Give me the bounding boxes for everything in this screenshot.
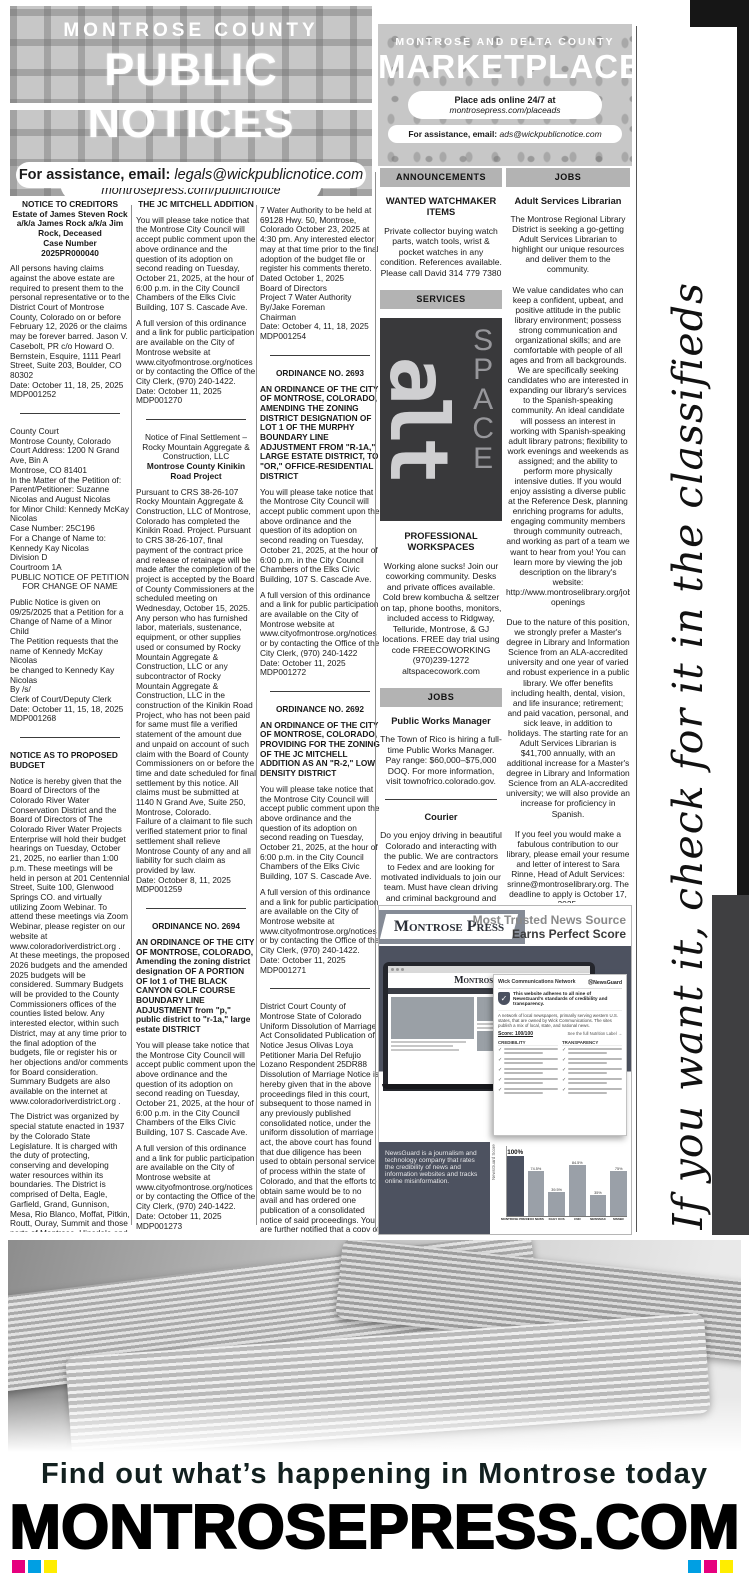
notice-text: ORDINANCE NO. 2692 (260, 705, 380, 715)
handwritten-slogan: If you want it, check for it in the clas… (664, 282, 712, 1230)
notice-text: ORDINANCE NO. 2694 (136, 922, 256, 932)
letter: S (472, 326, 494, 355)
checklist-item: ✓ (498, 1068, 558, 1075)
notice-text: ORDINANCE NO. 2693 (260, 369, 380, 379)
public-notice: 7 Water Authority to be held at 69128 Hw… (260, 206, 380, 342)
marketplace-title: MARKETPLACE (378, 48, 632, 86)
newspapers-photo (8, 1240, 741, 1452)
chart-bar: 39.5%DAILY KOS (548, 1146, 565, 1216)
score-value: Score: 100/100 (498, 1031, 533, 1037)
altspace-side-word: SPACE (472, 326, 494, 473)
nutrition-label-link: See the full Nutrition Label → (568, 1031, 622, 1036)
notice-text: District Court County of Montrose State … (260, 1002, 380, 1232)
bar-rect (548, 1192, 565, 1216)
checklist-text (504, 1078, 558, 1085)
checklist-item: ✓ (498, 1048, 558, 1055)
press-ad-headline: Most Trusted News Source (473, 913, 626, 927)
press-ad-subheadline: Earns Perfect Score (512, 927, 626, 941)
chart-bar: 75%MSNBC (610, 1146, 627, 1216)
bar-category-label: MONTROSE PRESS (501, 1217, 529, 1221)
notice-text: AN ORDINANCE OF THE CITY OF MONTROSE, CO… (136, 938, 256, 1035)
notice-divider (146, 908, 247, 909)
ad-title: Public Works Manager (380, 716, 502, 727)
place-ads-text: Place ads online 24/7 at (414, 95, 596, 105)
header-divider-band (10, 103, 372, 110)
notice-text: PUBLIC NOTICE OF PETITION FOR CHANGE OF … (10, 573, 130, 592)
notice-text: County Court Montrose County, Colorado C… (10, 427, 130, 573)
notice-text: You will please take notice that the Mon… (260, 785, 380, 882)
text-line (568, 1082, 607, 1084)
public-notice: ORDINANCE NO. 2694AN ORDINANCE OF THE CI… (136, 922, 256, 1231)
notice-text: Notice is hereby given that the Board of… (10, 777, 130, 1107)
letter: C (472, 414, 494, 443)
press-ad-header: Montrose Press Most Trusted News Source … (379, 906, 631, 946)
press-ad-body: Montrose Press (379, 946, 631, 1142)
chart-bar: 74.5%FOX NEWS (528, 1146, 545, 1216)
checklist-text (504, 1058, 558, 1065)
assistance-label: For assistance, email: (408, 129, 497, 139)
color-registration-mark (44, 1560, 57, 1573)
assistance-email: ads@wickpublicnotice.com (500, 129, 602, 139)
chart-bar: 35%NEWSMAX (590, 1146, 607, 1216)
text-line (504, 1068, 558, 1070)
letter: E (472, 444, 494, 473)
ad-divider (385, 799, 497, 800)
ad-body: The Town of Rico is hiring a full-time P… (380, 734, 502, 786)
text-line (504, 1092, 543, 1094)
bar-category-label: FOX NEWS (528, 1217, 544, 1221)
public-notice: THE JC MITCHELL ADDITIONYou will please … (136, 200, 256, 406)
text-line (504, 1082, 543, 1084)
credibility-checklist: ✓✓✓✓✓ (498, 1048, 558, 1095)
text-line (568, 1072, 607, 1074)
public-notice: County Court Montrose County, Colorado C… (10, 427, 130, 724)
notice-divider (20, 413, 121, 414)
column-rule (375, 172, 376, 1232)
browser-dot-icon (396, 968, 399, 971)
bar-value-label: 100% (507, 1149, 523, 1156)
column-rule (636, 26, 637, 1232)
notice-text: You will please take notice that the Mon… (136, 1041, 256, 1138)
classified-ad: WANTED WATCHMAKER ITEMSPrivate collector… (380, 196, 502, 278)
notice-text: NOTICE AS TO PROPOSED BUDGET (10, 751, 130, 770)
notice-text: Public Notice is given on 09/25/2025 tha… (10, 598, 130, 724)
montrose-press-newsguard-ad: Montrose Press Most Trusted News Source … (378, 905, 632, 1235)
bar-category-label: NEWSMAX (590, 1217, 606, 1221)
check-icon: ✓ (498, 1058, 502, 1063)
bar-rect (528, 1171, 545, 1216)
checklist-item: ✓ (562, 1088, 622, 1095)
public-notice: ORDINANCE NO. 2692AN ORDINANCE OF THE CI… (260, 705, 380, 975)
notice-text: Montrose County Kinikin Road Project (136, 462, 256, 481)
marketplace-header: MONTROSE AND DELTA COUNTY MARKETPLACE Pl… (378, 24, 632, 166)
text-line (504, 1052, 543, 1054)
checklist-item: ✓ (562, 1078, 622, 1085)
column-rule (131, 205, 132, 1225)
notice-text: The District was organized by special st… (10, 1112, 130, 1232)
marketplace-kicker: MONTROSE AND DELTA COUNTY (378, 36, 632, 48)
public-notices-kicker: MONTROSE COUNTY (10, 20, 372, 42)
section-header: JOBS (380, 688, 502, 707)
print-registration-marks (688, 1560, 733, 1573)
text-line (568, 1092, 607, 1094)
check-icon: ✓ (562, 1068, 566, 1073)
article-block (391, 997, 474, 1053)
check-icon: ✓ (498, 1078, 502, 1083)
check-icon: ✓ (562, 1088, 566, 1093)
photo-fade (8, 1397, 741, 1452)
public-notices-header: MONTROSE COUNTY PUBLIC NOTICES Place ads… (10, 6, 372, 196)
classified-ad: CourierDo you enjoy driving in beautiful… (380, 812, 502, 903)
transparency-header: TRANSPARENCY (562, 1040, 622, 1046)
network-name: Wick Communications Network (498, 979, 576, 986)
checklist-text (568, 1078, 622, 1085)
transparency-checklist: ✓✓✓✓✓ (562, 1048, 622, 1095)
checklist-item: ✓ (498, 1088, 558, 1095)
notice-text: 7 Water Authority to be held at 69128 Hw… (260, 206, 380, 342)
newsguard-score-chart: NewsGuard Score 100%MONTROSE PRESS74.5%F… (490, 1142, 631, 1234)
public-notice: District Court County of Montrose State … (260, 1002, 380, 1232)
checklist-text (504, 1088, 558, 1095)
classified-ad: PROFESSIONAL WORKSPACESWorking alone suc… (380, 531, 502, 676)
public-notice: Notice of Final Settlement – Rocky Mount… (136, 433, 256, 895)
checklist-item: ✓ (562, 1058, 622, 1065)
checklist-text (568, 1058, 622, 1065)
notice-text: All persons having claims against the ab… (10, 264, 130, 400)
checklist-text (504, 1068, 558, 1075)
assistance-email: legals@wickpublicnotice.com (174, 167, 363, 183)
ad-body: Do you enjoy driving in beautiful Colora… (380, 830, 502, 903)
notice-text: Case Number 2025PR000040 (10, 239, 130, 258)
print-registration-marks (12, 1560, 57, 1573)
newspaper-page: MONTROSE COUNTY PUBLIC NOTICES Place ads… (0, 0, 749, 1584)
classified-ad: Adult Services LibrarianThe Montrose Reg… (506, 196, 630, 903)
ad-body: Private collector buying watch parts, wa… (380, 226, 502, 278)
notice-divider (270, 355, 371, 356)
assistance-bar: For assistance, email: ads@wickpublicnot… (388, 125, 622, 143)
notice-text: A full version of this ordinance and a l… (260, 591, 380, 678)
arrow-icon: → (618, 1031, 622, 1036)
ad-title: Courier (380, 812, 502, 823)
section-header: ANNOUNCEMENTS (380, 168, 502, 187)
bar-category-label: CNN (574, 1217, 581, 1221)
assistance-bar: For assistance, email: legals@wickpublic… (16, 162, 366, 188)
newsguard-caption: NewsGuard is a journalism and technology… (379, 1142, 490, 1234)
ad-title: Adult Services Librarian (506, 196, 630, 207)
checklist-item: ✓ (562, 1048, 622, 1055)
checklist-item: ✓ (498, 1078, 558, 1085)
text-line (568, 1048, 622, 1050)
newsguard-rating-card: Wick Communications Network ⓃNewsGuard ✓… (493, 974, 627, 1136)
section-header: SERVICES (380, 290, 502, 309)
text-line (504, 1088, 558, 1090)
bar-rect (507, 1156, 524, 1216)
notice-text: AN ORDINANCE OF THE CITY OF MONTROSE, CO… (260, 385, 380, 482)
marketplace-column-right: JOBSAdult Services LibrarianThe Montrose… (506, 168, 630, 903)
place-ads-pill: Place ads online 24/7 at montrosepress.c… (408, 91, 602, 119)
bar-rect (590, 1195, 607, 1216)
letter: A (472, 385, 494, 414)
notice-column-1: NOTICE TO CREDITORSEstate of James Steve… (10, 200, 130, 1232)
bar-rect (610, 1171, 627, 1216)
page-edge-shadow (712, 895, 749, 1235)
ad-body: The Montrose Regional Library District i… (506, 214, 630, 903)
network-description: A network of local newspapers, primarily… (498, 1010, 622, 1028)
check-icon: ✓ (498, 1048, 502, 1053)
check-icon: ✓ (562, 1058, 566, 1063)
notice-text: You will please take notice that the Mon… (260, 488, 380, 585)
checklist-item: ✓ (498, 1058, 558, 1065)
checklist-text (568, 1048, 622, 1055)
checklist-text (568, 1068, 622, 1075)
ad-title: WANTED WATCHMAKER ITEMS (380, 196, 502, 219)
footer-website: MONTROSEPRESS.COM (0, 1492, 749, 1563)
footer-tagline: Find out what’s happening in Montrose to… (0, 1458, 749, 1491)
check-icon: ✓ (562, 1078, 566, 1083)
article-photo (391, 997, 474, 1039)
section-header: JOBS (506, 168, 630, 187)
notice-column-2: THE JC MITCHELL ADDITIONYou will please … (136, 200, 256, 1232)
rating-statement: This website adheres to all nine of News… (513, 992, 622, 1007)
text-line (504, 1058, 558, 1060)
notice-text: Estate of James Steven Rock a/k/a James … (10, 210, 130, 239)
browser-dot-icon (391, 968, 394, 971)
column-rule (256, 205, 257, 1225)
ad-title: PROFESSIONAL WORKSPACES (380, 531, 502, 554)
marketplace-column-left: ANNOUNCEMENTSWANTED WATCHMAKER ITEMSPriv… (380, 168, 502, 903)
check-icon: ✓ (498, 1088, 502, 1093)
notice-text: You will please take notice that the Mon… (136, 216, 256, 313)
newsguard-logo: ⓃNewsGuard (588, 979, 622, 986)
text-line (568, 1078, 622, 1080)
text-line (568, 1088, 622, 1090)
press-ad-footer: NewsGuard is a journalism and technology… (379, 1142, 631, 1234)
color-registration-mark (688, 1560, 701, 1573)
text-line (504, 1048, 558, 1050)
color-registration-mark (704, 1560, 717, 1573)
classified-ad: Public Works ManagerThe Town of Rico is … (380, 716, 502, 787)
text-line (504, 1062, 543, 1064)
public-notice: NOTICE AS TO PROPOSED BUDGETNotice is he… (10, 751, 130, 1232)
text-line (504, 1072, 543, 1074)
chart-y-axis-label: NewsGuard Score (491, 1144, 496, 1180)
notice-divider (270, 988, 371, 989)
text-line (568, 1062, 607, 1064)
notice-text: A full version of this ordinance and a l… (260, 888, 380, 975)
check-icon: ✓ (498, 1068, 502, 1073)
notice-divider (270, 691, 371, 692)
notice-text: Notice of Final Settlement – Rocky Mount… (136, 433, 256, 462)
place-ads-url: montrosepress.com/placeads (414, 105, 596, 115)
bar-category-label: DAILY KOS (549, 1217, 565, 1221)
checklist-item: ✓ (562, 1068, 622, 1075)
page-edge-bar (737, 0, 749, 900)
shield-check-icon: ✓ (498, 992, 510, 1005)
public-notice: NOTICE TO CREDITORSEstate of James Steve… (10, 200, 130, 400)
notice-divider (146, 419, 247, 420)
text-line (504, 1078, 558, 1080)
browser-dot-icon (401, 968, 404, 971)
checklist-text (504, 1048, 558, 1055)
notice-text: A full version of this ordinance and a l… (136, 319, 256, 406)
text-line (568, 1068, 622, 1070)
notice-divider (20, 737, 121, 738)
public-notice: ORDINANCE NO. 2693AN ORDINANCE OF THE CI… (260, 369, 380, 678)
checklist-text (568, 1088, 622, 1095)
altspace-wordmark: alt (380, 357, 467, 478)
assistance-label: For assistance, email: (19, 167, 171, 183)
color-registration-mark (12, 1560, 25, 1573)
notice-text: AN ORDINANCE OF THE CITY OF MONTROSE, CO… (260, 721, 380, 779)
public-notices-title: PUBLIC NOTICES (10, 44, 372, 148)
notice-text: THE JC MITCHELL ADDITION (136, 200, 256, 210)
letter: P (472, 355, 494, 384)
color-registration-mark (28, 1560, 41, 1573)
chart-bars: 100%MONTROSE PRESS74.5%FOX NEWS39.5%DAIL… (506, 1146, 627, 1217)
chart-bar: 84.5%CNN (569, 1146, 586, 1216)
color-registration-mark (720, 1560, 733, 1573)
ad-body: Working alone sucks! Join our coworking … (380, 561, 502, 676)
notice-text: Pursuant to CRS 38-26-107 Rocky Mountain… (136, 488, 256, 896)
credibility-header: CREDIBILITY (498, 1040, 558, 1046)
bar-category-label: MSNBC (613, 1217, 624, 1221)
chart-bar: 100%MONTROSE PRESS (507, 1146, 524, 1216)
bar-rect (569, 1165, 586, 1216)
notice-column-3: 7 Water Authority to be held at 69128 Hw… (260, 200, 380, 1232)
browser-chrome (388, 966, 590, 973)
text-line (568, 1052, 607, 1054)
altspace-logo-ad: altSPACE (380, 318, 502, 521)
check-icon: ✓ (562, 1048, 566, 1053)
notice-text: A full version of this ordinance and a l… (136, 1144, 256, 1231)
text-line (568, 1058, 622, 1060)
